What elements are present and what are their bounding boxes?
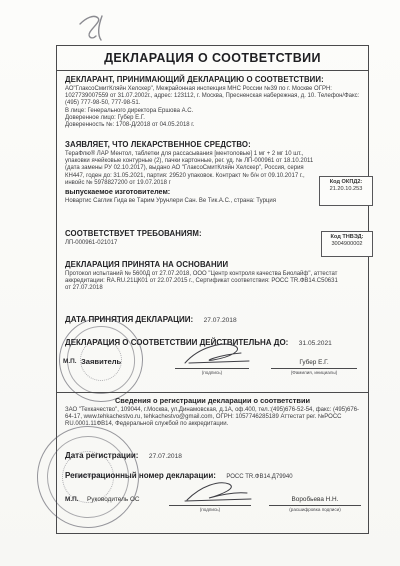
tnved-value: 3004900002 xyxy=(323,241,371,248)
declares-heading: ЗАЯВЛЯЕТ, ЧТО ЛЕКАРСТВЕННОЕ СРЕДСТВО: xyxy=(65,140,362,149)
certifier-role-label: Руководитель ОС xyxy=(87,496,140,503)
section-declares: ЗАЯВЛЯЕТ, ЧТО ЛЕКАРСТВЕННОЕ СРЕДСТВО: Те… xyxy=(65,140,362,187)
signature2-name: Воробьева Н.Н. xyxy=(269,496,361,503)
signature2-scribble xyxy=(179,478,259,504)
signature2-name-line: (расшифровка подписи) xyxy=(269,505,361,512)
complies-heading: СООТВЕТСТВУЕТ ТРЕБОВАНИЯМ: xyxy=(65,229,362,238)
registration-heading: Сведения о регистрации декларации о соот… xyxy=(57,396,368,405)
tnved-code-box: Код ТНВЭД: 3004900002 xyxy=(321,231,373,257)
signature1-name-caption: (Фамилия, инициалы) xyxy=(271,369,357,375)
declaration-document: ДЕКЛАРАЦИЯ О СООТВЕТСТВИИ ДЕКЛАРАНТ, ПРИ… xyxy=(56,45,369,534)
applicant-role-label: Заявитель xyxy=(81,357,121,366)
signature1-name: Губер Е.Г. xyxy=(271,359,357,366)
valid-until-value: 31.05.2021 xyxy=(299,340,332,347)
signature2-line: (подпись) xyxy=(169,505,251,512)
mp-mark-2: М.П. xyxy=(65,496,78,503)
signature2-name-caption: (расшифровка подписи) xyxy=(269,506,361,512)
section-declarant: ДЕКЛАРАНТ, ПРИНИМАЮЩИЙ ДЕКЛАРАЦИЮ О СООТ… xyxy=(65,75,362,129)
declarant-in-person: В лице: Генерального директора Ершова А.… xyxy=(65,108,362,115)
complies-body: ЛП-000961-021017 xyxy=(65,240,362,247)
mp-mark-1: М.П. xyxy=(63,358,76,365)
scanned-page: ДЕКЛАРАЦИЯ О СООТВЕТСТВИИ ДЕКЛАРАНТ, ПРИ… xyxy=(0,0,400,566)
document-title: ДЕКЛАРАЦИЯ О СООТВЕТСТВИИ xyxy=(57,46,368,71)
signature1-scribble xyxy=(179,341,259,367)
registration-divider xyxy=(57,392,368,393)
signature1-name-line: (Фамилия, инициалы) xyxy=(271,368,357,375)
section-manufacturer: выпускаемое изготовителем: Новартис Сагл… xyxy=(65,187,362,205)
adoption-date-value: 27.07.2018 xyxy=(204,317,237,324)
declarant-body: АО"ГлаксоСмитКляйн Хелскер", Межрайонная… xyxy=(65,86,362,108)
tnved-label: Код ТНВЭД: xyxy=(323,234,371,241)
signature1-line: (подпись) xyxy=(175,368,249,375)
certification-body-stamp: Техкачество xyxy=(33,422,144,533)
registration-date-value: 27.07.2018 xyxy=(149,453,182,460)
basis-heading: ДЕКЛАРАЦИЯ ПРИНЯТА НА ОСНОВАНИИ xyxy=(65,260,362,269)
signature1-caption: (подпись) xyxy=(175,369,249,375)
manufacturer-body: Новартис Саглик Гида ве Тарим Урунлери С… xyxy=(65,198,295,205)
declarant-trustee: Доверенное лицо: Губер Е.Г. xyxy=(65,115,362,122)
section-complies: СООТВЕТСТВУЕТ ТРЕБОВАНИЯМ: ЛП-000961-021… xyxy=(65,229,362,247)
section-basis: ДЕКЛАРАЦИЯ ПРИНЯТА НА ОСНОВАНИИ Протокол… xyxy=(65,260,362,293)
manufacturer-heading: выпускаемое изготовителем: xyxy=(65,187,362,196)
signature2-caption: (подпись) xyxy=(169,506,251,512)
basis-body: Протокол испытаний № 5600Д от 27.07.2018… xyxy=(65,271,345,293)
declares-body: ТераФлю® ЛАР Ментол, таблетки для рассас… xyxy=(65,151,320,187)
certification-body-stamp-text: Техкачество xyxy=(35,424,140,529)
declarant-heading: ДЕКЛАРАНТ, ПРИНИМАЮЩИЙ ДЕКЛАРАЦИЮ О СООТ… xyxy=(65,75,362,84)
declarant-poa: Доверенность №: 1708-Д/2018 от 04.05.201… xyxy=(65,122,362,129)
